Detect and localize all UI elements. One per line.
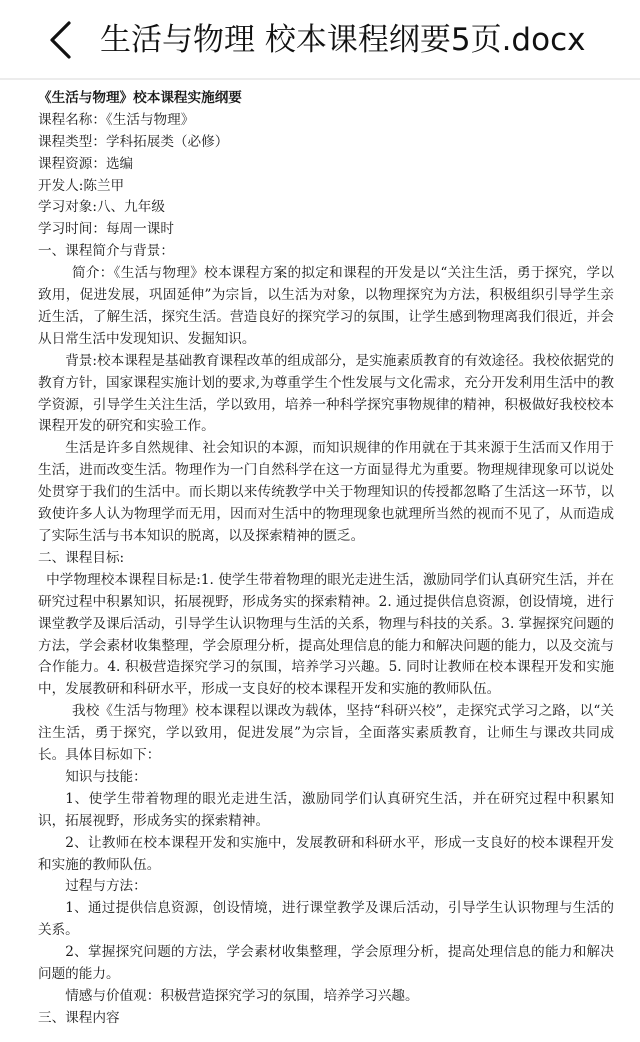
- section2-heading: 二、课程目标:: [38, 548, 614, 570]
- document-viewer[interactable]: 《生活与物理》校本课程实施纲要 课程名称：《生活与物理》 课程类型：学科拓展类（…: [0, 82, 640, 1042]
- section3-heading: 三、课程内容: [38, 1008, 614, 1030]
- meta-audience: 学习对象:八、九年级: [38, 197, 614, 219]
- process-heading: 过程与方法：: [38, 876, 614, 898]
- back-button[interactable]: [40, 20, 80, 60]
- knowledge-item: 2、让教师在校本课程开发和实施中，发展教研和科研水平，形成一支良好的校本课程开发…: [38, 833, 614, 877]
- section1-paragraph3: 生活是许多自然规律、社会知识的本源，而知识规律的作用就在于其来源于生活而又作用于…: [38, 438, 614, 548]
- meta-course-name: 课程名称：《生活与物理》: [38, 110, 614, 132]
- section1-background: 背景:校本课程是基础教育课程改革的组成部分，是实施素质教育的有效途径。我校依据党…: [38, 351, 614, 439]
- process-item: 1、通过提供信息资源，创设情境，进行课堂教学及课后活动，引导学生认识物理与生活的…: [38, 898, 614, 942]
- meta-course-type: 课程类型：学科拓展类（必修）: [38, 132, 614, 154]
- document-title: 生活与物理 校本课程纲要5页.docx: [100, 18, 585, 62]
- section2-goals: 中学物理校本课程目标是:1. 使学生带着物理的眼光走进生活，激励同学们认真研究生…: [38, 570, 614, 701]
- meta-schedule: 学习时间：每周一课时: [38, 219, 614, 241]
- section2-school-goals: 我校《生活与物理》校本课程以课改为载体，坚持“科研兴校”，走探究式学习之路，以“…: [38, 701, 614, 767]
- meta-developer: 开发人:陈兰甲: [38, 176, 614, 198]
- meta-course-resource: 课程资源：选编: [38, 154, 614, 176]
- emotion-values: 情感与价值观：积极营造探究学习的氛围，培养学习兴趣。: [38, 986, 614, 1008]
- chevron-left-icon: [47, 20, 73, 60]
- knowledge-item: 1、使学生带着物理的眼光走进生活，激励同学们认真研究生活，并在研究过程中积累知识…: [38, 789, 614, 833]
- knowledge-heading: 知识与技能：: [38, 767, 614, 789]
- section1-heading: 一、课程简介与背景：: [38, 241, 614, 263]
- process-item: 2、掌握探究问题的方法，学会素材收集整理，学会原理分析，提高处理信息的能力和解决…: [38, 942, 614, 986]
- document-page: 《生活与物理》校本课程实施纲要 课程名称：《生活与物理》 课程类型：学科拓展类（…: [38, 88, 614, 1030]
- section1-intro: 简介：《生活与物理》校本课程方案的拟定和课程的开发是以“关注生活，勇于探究，学以…: [38, 263, 614, 351]
- doc-heading: 《生活与物理》校本课程实施纲要: [38, 88, 614, 110]
- top-bar: 生活与物理 校本课程纲要5页.docx: [0, 0, 640, 80]
